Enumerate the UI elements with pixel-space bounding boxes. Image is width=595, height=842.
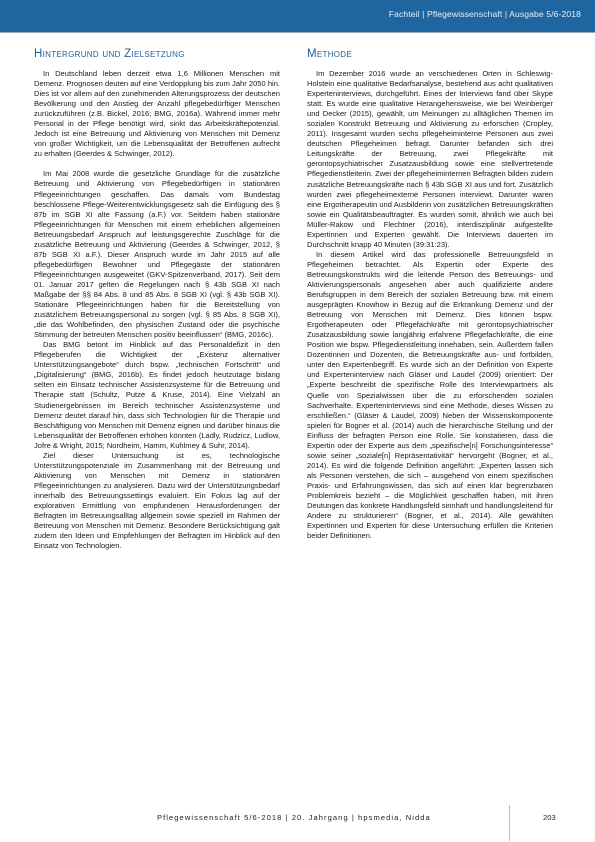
paragraph: Das BMG betont im Hinblick auf das Perso… (34, 340, 280, 451)
header-band: Fachteil | Pflegewissenschaft | Ausgabe … (0, 0, 595, 33)
paragraph: Ziel dieser Untersuchung ist es, technol… (34, 451, 280, 551)
right-column: Methode Im Dezember 2016 wurde an versch… (307, 48, 553, 541)
paragraph: Im Dezember 2016 wurde an verschiedenen … (307, 69, 553, 250)
section-heading-background: Hintergrund und Zielsetzung (34, 48, 280, 60)
section-heading-method: Methode (307, 48, 553, 60)
running-title: Fachteil | Pflegewissenschaft | Ausgabe … (389, 9, 581, 19)
paragraph: Im Mai 2008 wurde die gesetzliche Grundl… (34, 169, 280, 340)
paragraph: In Deutschland leben derzeit etwa 1,6 Mi… (34, 69, 280, 159)
left-column: Hintergrund und Zielsetzung In Deutschla… (34, 48, 280, 551)
footer-citation: Pflegewissenschaft 5/6-2018 | 20. Jahrga… (157, 813, 431, 822)
paragraph: In diesem Artikel wird das professionell… (307, 250, 553, 541)
footer-divider (509, 805, 510, 841)
page-number: 203 (543, 813, 556, 822)
